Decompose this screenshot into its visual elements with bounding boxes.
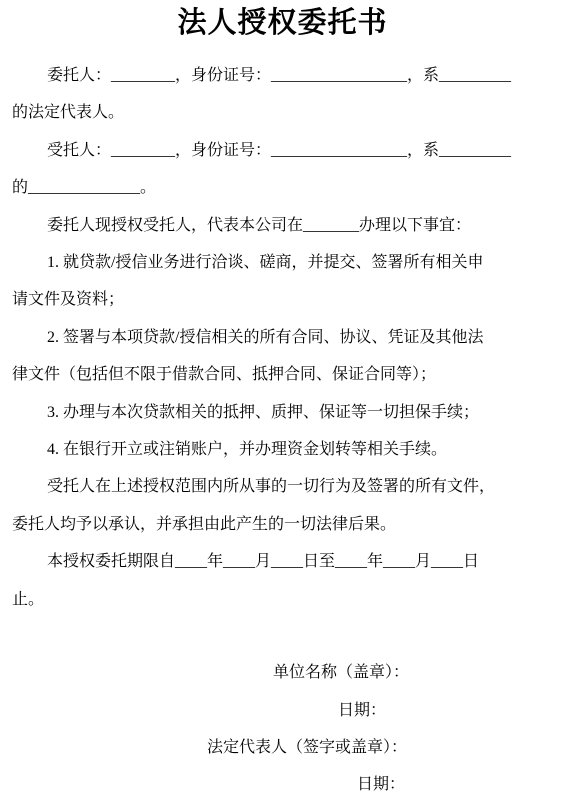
list-item-1-wrap: 请文件及资料； [12,281,520,318]
paragraph-line-liability: 受托人在上述授权范围内所从事的一切行为及签署的所有文件， [12,468,520,505]
signature-date-label-2: 日期： [357,766,565,803]
authorization-letter-page: 法人授权委托书 委托人：________，身份证号：______________… [0,0,565,811]
signature-block: 单位名称（盖章）： 日期： 法定代表人（签字或盖章）： 日期： [0,654,565,804]
document-body: 委托人：________，身份证号：_________________，系___… [0,57,565,618]
list-item-2-wrap: 律文件（包括但不限于借款合同、抵押合同、保证合同等）； [12,356,520,393]
paragraph-line-authorization: 委托人现授权受托人，代表本公司在_______办理以下事宜： [12,207,520,244]
signature-date-label: 日期： [338,692,565,729]
list-item-2: 2. 签署与本项贷款/授信相关的所有合同、协议、凭证及其他法 [12,319,520,356]
document-title: 法人授权委托书 [0,0,565,46]
list-item-4: 4. 在银行开立或注销账户，并办理资金划转等相关手续。 [12,431,520,468]
signature-legal-representative-label: 法定代表人（签字或盖章）： [207,729,565,766]
signature-company-seal-label: 单位名称（盖章）： [273,654,565,691]
paragraph-line-agent: 受托人：________，身份证号：_________________，系___… [12,132,520,169]
paragraph-line-liability-wrap: 委托人均予以承认，并承担由此产生的一切法律后果。 [12,506,520,543]
paragraph-line-principal: 委托人：________，身份证号：_________________，系___… [12,57,520,94]
list-item-3: 3. 办理与本次贷款相关的抵押、质押、保证等一切担保手续； [12,394,520,431]
list-item-1: 1. 就贷款/授信业务进行洽谈、磋商，并提交、签署所有相关申 [12,244,520,281]
paragraph-line-term: 本授权委托期限自____年____月____日至____年____月____日 [12,543,520,580]
paragraph-line-agent-wrap: 的______________。 [12,169,520,206]
paragraph-line-term-wrap: 止。 [12,581,520,618]
paragraph-line-principal-wrap: 的法定代表人。 [12,94,520,131]
